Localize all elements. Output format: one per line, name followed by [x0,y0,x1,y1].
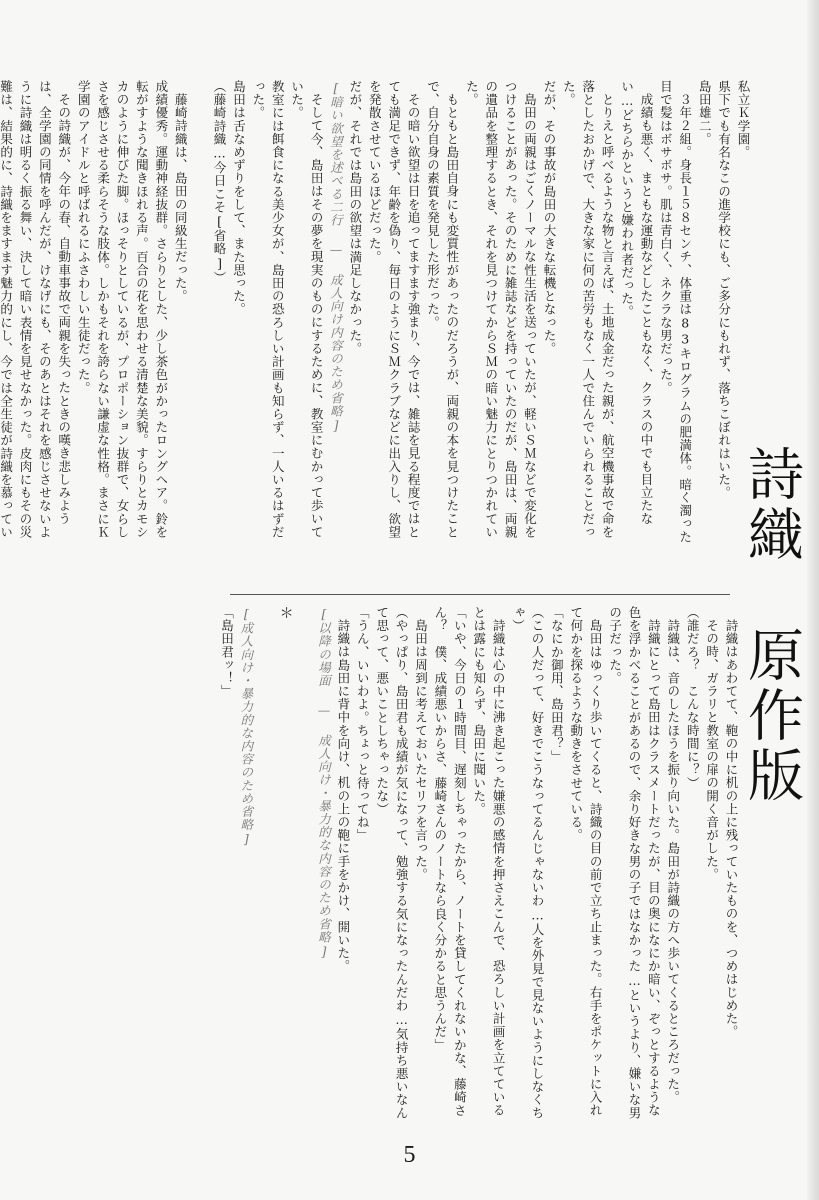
paragraph: 「島田君ッ！」 [217,606,236,1126]
paragraph: その時、ガラリと教室の扉の開く音がした。 [702,606,721,1126]
section-divider [230,594,730,595]
paragraph: 島田は周到に考えておいたセリフを言った。 [411,606,430,1126]
page-number: 5 [0,1142,819,1169]
paragraph: そして今、島田はその夢を現実のものにするために、教室にむかって歩いていた。 [287,80,326,550]
omitted-paragraph: [暗い欲望を述べる二行 — 成人向け内容のため省略] [326,80,345,550]
paragraph: とりえと呼べるような物と言えば、土地成金だった親が、航空機事故で命を落としたおか… [559,80,617,550]
paragraph: 詩織は、音のしたほうを振り向いた。島田が詩織の方へ歩いてくるところだった。 [663,606,682,1126]
paragraph: 島田雄二。 [695,80,714,550]
paragraph: だが、それでは島田の欲望は満足しなかった。 [345,80,364,550]
top-text-block: 私立Ｋ学園。 県下でも有名なこの進学校にも、ご多分にもれず、落ちこぼれはいた。 … [33,80,753,550]
paragraph: 藤崎詩織は、島田の同級生だった。 [171,80,190,550]
paragraph: （誰だろ？ こんな時間に？） [683,606,702,1126]
paragraph: 詩織は心の中に沸き起こった嫌悪の感情を押さえこんで、恐ろしい計画を立てているとは… [469,606,508,1126]
paragraph: 島田はゆっくり歩いてくると、詩織の目の前で立ち止まった。右手をポケットに入れて何… [566,606,605,1126]
paragraph: 「うん、いいわよ。ちょっと待ってね」 [353,606,372,1126]
paragraph: 島田の両親はごくノーマルな性生活を送っていたが、軽いＳＭなどで変化をつけることが… [462,80,540,550]
omitted-paragraph: [成人向け・暴力的な内容のため省略] [236,606,255,1126]
paragraph: （藤崎詩織…今日こそ[省略]） [210,80,229,550]
paragraph: その暗い欲望は日を追ってますます強まり、今では、雑誌を見る程度ではとても満足でき… [365,80,423,550]
paragraph: だが、その事故が島田の大きな転機となった。 [540,80,559,550]
bottom-text-block: 詩織はあわてて、鞄の中に机の上に残っていたものを、つめはじめた。 その時、ガラリ… [41,606,741,1126]
page-edge [807,0,819,1200]
paragraph: 成績も悪く、まともな運動などしたこともなく、クラスの中でも目立たない…どちらかと… [617,80,656,550]
paragraph: 教室には餌食になる美少女が、島田の恐ろしい計画も知らず、一人いるはずだった。 [248,80,287,550]
omitted-paragraph: [以降の場面 — 成人向け・暴力的な内容のため省略] [314,606,333,1126]
title-shiori: 詩織 [741,445,801,565]
paragraph: 詩織は島田に背中を向け、机の上の鞄に手をかけ、開いた。 [333,606,352,1126]
paragraph: 詩織はあわてて、鞄の中に机の上に残っていたものを、つめはじめた。 [722,606,741,1126]
section-separator: ＊ [275,606,294,1126]
paragraph: 「いや、今日の１時間目、遅刻しちゃったから、ノートを貸してくれないかな、藤崎さん… [431,606,470,1126]
paragraph: その詩織が、今年の春、自動車事故で両親を失ったときの嘆き悲しみようは、全学園の同… [0,80,74,550]
title-original-edition: 原作版 [741,626,801,806]
paragraph: 県下でも有名なこの進学校にも、ご多分にもれず、落ちこぼれはいた。 [714,80,733,550]
paragraph: もともと島田自身にも変質性があったのだろうが、両親の本を見つけたことで、自分自身… [423,80,462,550]
paragraph: （この人だって、好きでこうなってるんじゃないわ…人を外見で見ないようにしなくちゃ… [508,606,547,1126]
paragraph: （やっぱり、島田君も成績が気になって、勉強する気になったんだわ…気持ち悪いなんて… [372,606,411,1126]
paragraph: ３年２組。身長１５８センチ、体重は83キログラムの肥満体。暗く濁った目で髪はボサ… [656,80,695,550]
paragraph: 島田は舌なめずりをして、また思った。 [229,80,248,550]
paragraph: 詩織にとって島田はクラスメートだったが、目の奥になにか暗い、ぞっとするような色を… [605,606,663,1126]
paragraph: 成績優秀。運動神経抜群。さらりとした、少し茶色がかったロングヘア。鈴を転がすよう… [74,80,171,550]
paragraph: 「なにか御用、島田君？」 [547,606,566,1126]
